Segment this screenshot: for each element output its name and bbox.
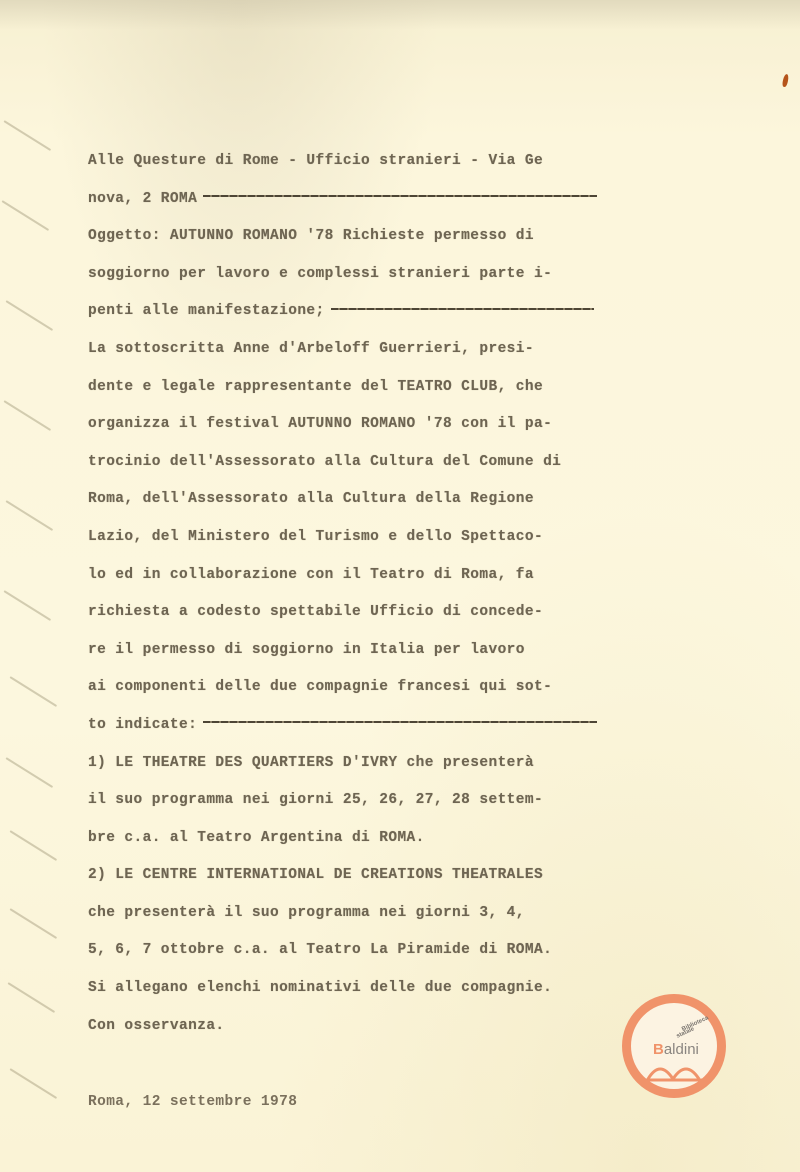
letter-line: La sottoscritta Anne d'Arbeloff Guerrier…	[88, 334, 608, 372]
letter-line-text: re il permesso di soggiorno in Italia pe…	[88, 642, 525, 658]
letter-line-text: Con osservanza.	[88, 1018, 225, 1034]
letter-line-text: organizza il festival AUTUNNO ROMANO '78…	[88, 416, 552, 432]
letter-line-text: ai componenti delle due compagnie france…	[88, 679, 552, 695]
letter-line: Roma, dell'Assessorato alla Cultura dell…	[88, 484, 608, 522]
letter-line: il suo programma nei giorni 25, 26, 27, …	[88, 785, 608, 823]
letter-line: soggiorno per lavoro e complessi stranie…	[88, 259, 608, 297]
letter-line-text: lo ed in collaborazione con il Teatro di…	[88, 567, 534, 583]
letter-line: ai componenti delle due compagnie france…	[88, 672, 608, 710]
letter-line: Alle Questure di Rome - Ufficio stranier…	[88, 146, 608, 184]
letter-line-text: 1) LE THEATRE DES QUARTIERS D'IVRY che p…	[88, 755, 534, 771]
letter-line-text: Alle Questure di Rome - Ufficio stranier…	[88, 153, 543, 169]
letter-line-text: penti alle manifestazione;	[88, 303, 325, 319]
typed-dash-rule	[203, 195, 596, 197]
letter-line: to indicate:	[88, 710, 608, 748]
letter-line-text: 5, 6, 7 ottobre c.a. al Teatro La Pirami…	[88, 942, 552, 958]
letter-line: richiesta a codesto spettabile Ufficio d…	[88, 597, 608, 635]
library-stamp-logo: Biblioteca statale Baldini	[622, 994, 726, 1098]
letter-line: re il permesso di soggiorno in Italia pe…	[88, 635, 608, 673]
letter-line-text: dente e legale rappresentante del TEATRO…	[88, 379, 543, 395]
letter-line-text: il suo programma nei giorni 25, 26, 27, …	[88, 792, 543, 808]
letter-line-text: La sottoscritta Anne d'Arbeloff Guerrier…	[88, 341, 534, 357]
letter-line-text: trocinio dell'Assessorato alla Cultura d…	[88, 454, 561, 470]
letter-line-text: che presenterà il suo programma nei gior…	[88, 905, 525, 921]
stamp-text-statale: statale	[676, 1026, 696, 1039]
letter-line-text: richiesta a codesto spettabile Ufficio d…	[88, 604, 543, 620]
letter-line: Lazio, del Ministero del Turismo e dello…	[88, 522, 608, 560]
letter-line: penti alle manifestazione;	[88, 296, 608, 334]
date-line: Roma, 12 settembre 1978	[88, 1094, 297, 1110]
letter-line: trocinio dell'Assessorato alla Cultura d…	[88, 447, 608, 485]
letter-line: dente e legale rappresentante del TEATRO…	[88, 372, 608, 410]
letter-line: 1) LE THEATRE DES QUARTIERS D'IVRY che p…	[88, 748, 608, 786]
letter-line-text: soggiorno per lavoro e complessi stranie…	[88, 266, 552, 282]
letter-body: Alle Questure di Rome - Ufficio stranier…	[88, 146, 608, 1048]
letter-line: nova, 2 ROMA	[88, 184, 608, 222]
typed-dash-rule	[331, 308, 594, 310]
letter-line-text: Oggetto: AUTUNNO ROMANO '78 Richieste pe…	[88, 228, 534, 244]
open-book-icon	[645, 1059, 703, 1083]
letter-line-text: Roma, dell'Assessorato alla Cultura dell…	[88, 491, 534, 507]
letter-line: Oggetto: AUTUNNO ROMANO '78 Richieste pe…	[88, 221, 608, 259]
letter-line: bre c.a. al Teatro Argentina di ROMA.	[88, 823, 608, 861]
letter-line-text: bre c.a. al Teatro Argentina di ROMA.	[88, 830, 425, 846]
letter-line-text: Si allegano elenchi nominativi delle due…	[88, 980, 552, 996]
letter-line-text: nova, 2 ROMA	[88, 191, 197, 207]
letter-line-text: to indicate:	[88, 717, 197, 733]
letter-line: 2) LE CENTRE INTERNATIONAL DE CREATIONS …	[88, 860, 608, 898]
paper-fold-shadow	[0, 0, 800, 30]
letter-line: che presenterà il suo programma nei gior…	[88, 898, 608, 936]
typed-dash-rule	[203, 721, 596, 723]
letter-line: Si allegano elenchi nominativi delle due…	[88, 973, 608, 1011]
letter-line-text: Lazio, del Ministero del Turismo e dello…	[88, 529, 543, 545]
letter-line-text: 2) LE CENTRE INTERNATIONAL DE CREATIONS …	[88, 867, 543, 883]
letter-line: 5, 6, 7 ottobre c.a. al Teatro La Pirami…	[88, 935, 608, 973]
stamp-name: Baldini	[653, 1041, 699, 1058]
letter-line: Con osservanza.	[88, 1011, 608, 1049]
letter-line: organizza il festival AUTUNNO ROMANO '78…	[88, 409, 608, 447]
letter-line: lo ed in collaborazione con il Teatro di…	[88, 560, 608, 598]
